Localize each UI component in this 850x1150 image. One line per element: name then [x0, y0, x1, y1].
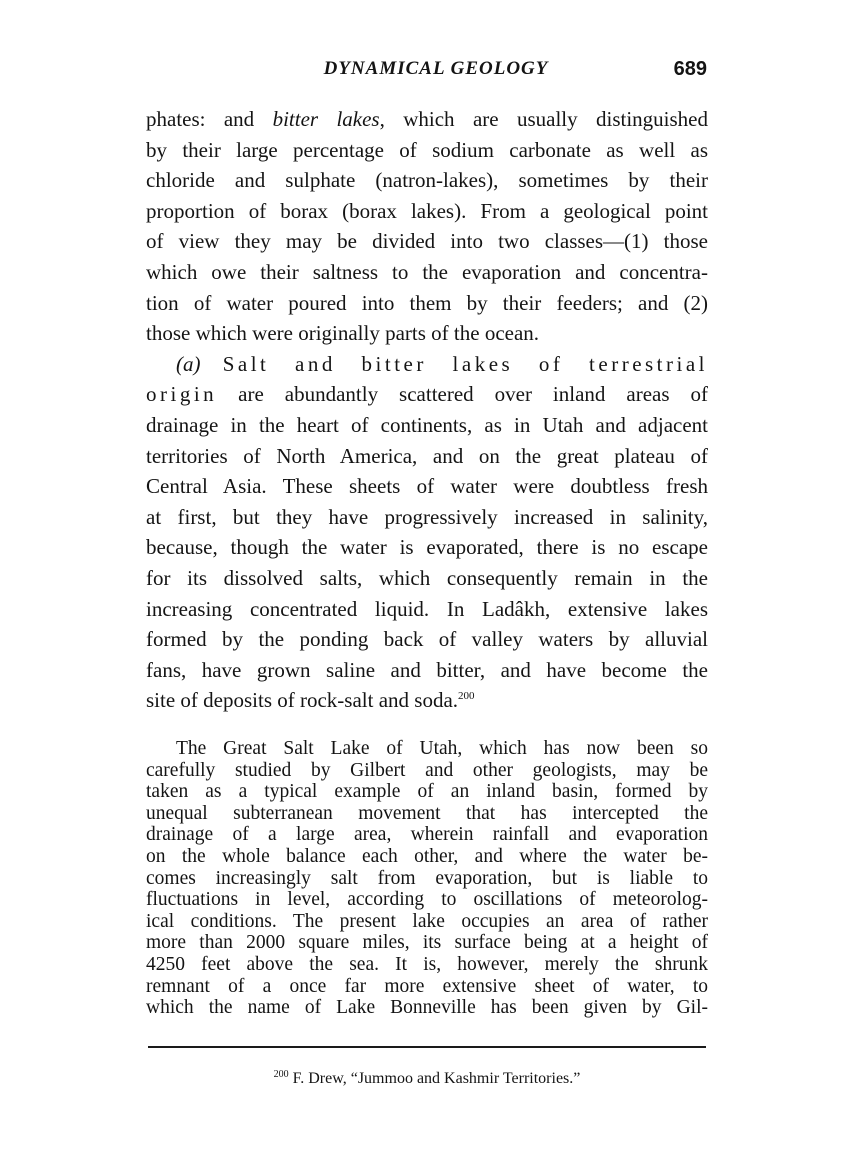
- page-number: 689: [674, 58, 707, 81]
- text-line: of view they may be divided into two cla…: [146, 226, 708, 257]
- text-line: on the whole balance each other, and whe…: [146, 846, 708, 868]
- text-line: origin are abundantly scattered over inl…: [146, 379, 708, 410]
- footnote-number: 200: [274, 1069, 289, 1080]
- text-line: site of deposits of rock-salt and soda.2…: [146, 685, 708, 716]
- italic-term: bitter lakes: [273, 107, 380, 131]
- spaced-heading-word: origin: [146, 382, 217, 406]
- text-line: chloride and sulphate (natron-lakes), so…: [146, 165, 708, 196]
- footnote: 200F. Drew, “Jummoo and Kashmir Territor…: [146, 1070, 708, 1088]
- text-line: those which were originally parts of the…: [146, 318, 708, 349]
- text-line: for its dissolved salts, which consequen…: [146, 563, 708, 594]
- section-label: (a): [176, 352, 201, 376]
- text-line: increasing concentrated liquid. In Ladâk…: [146, 594, 708, 625]
- text-line: phates: and bitter lakes, which are usua…: [146, 104, 708, 135]
- section-heading-line: (a) Salt and bitter lakes of terrestrial: [146, 349, 708, 380]
- running-title: DYNAMICAL GEOLOGY: [145, 58, 707, 80]
- text-line: territories of North America, and on the…: [146, 441, 708, 472]
- text-line: at first, but they have progressively in…: [146, 502, 708, 533]
- text-line: drainage of a large area, wherein rainfa…: [146, 824, 708, 846]
- text-line: proportion of borax (borax lakes). From …: [146, 196, 708, 227]
- text-line: more than 2000 square miles, its surface…: [146, 932, 708, 954]
- footnote-divider: [148, 1046, 706, 1048]
- text-line: taken as a typical example of an inland …: [146, 781, 708, 803]
- text-line: carefully studied by Gilbert and other g…: [146, 760, 708, 782]
- text-line: unequal subterranean movement that has i…: [146, 803, 708, 825]
- text-line: by their large percentage of sodium carb…: [146, 135, 708, 166]
- text-line: formed by the ponding back of valley wat…: [146, 624, 708, 655]
- text-line: tion of water poured into them by their …: [146, 288, 708, 319]
- text-line: fans, have grown saline and bitter, and …: [146, 655, 708, 686]
- text-line: Central Asia. These sheets of water were…: [146, 471, 708, 502]
- text-line: ical conditions. The present lake occupi…: [146, 911, 708, 933]
- text-line: comes increasingly salt from evaporation…: [146, 868, 708, 890]
- book-page: DYNAMICAL GEOLOGY 689 phates: and bitter…: [0, 0, 850, 1150]
- spaced-heading: Salt and bitter lakes of terrestrial: [223, 352, 708, 376]
- running-head: DYNAMICAL GEOLOGY 689: [145, 58, 707, 86]
- text-line: because, though the water is evaporated,…: [146, 532, 708, 563]
- text-line: which owe their saltness to the evaporat…: [146, 257, 708, 288]
- text-line: 4250 feet above the sea. It is, however,…: [146, 954, 708, 976]
- footnote-text: F. Drew, “Jummoo and Kashmir Territories…: [293, 1070, 581, 1087]
- text-line: which the name of Lake Bonneville has be…: [146, 997, 708, 1019]
- text-line: fluctuations in level, according to osci…: [146, 889, 708, 911]
- footnote-reference[interactable]: 200: [458, 690, 475, 702]
- text-line: drainage in the heart of continents, as …: [146, 410, 708, 441]
- text-line: remnant of a once far more extensive she…: [146, 976, 708, 998]
- text-line: The Great Salt Lake of Utah, which has n…: [146, 738, 708, 760]
- body-text-large: phates: and bitter lakes, which are usua…: [146, 104, 708, 716]
- body-text-small: The Great Salt Lake of Utah, which has n…: [146, 738, 708, 1019]
